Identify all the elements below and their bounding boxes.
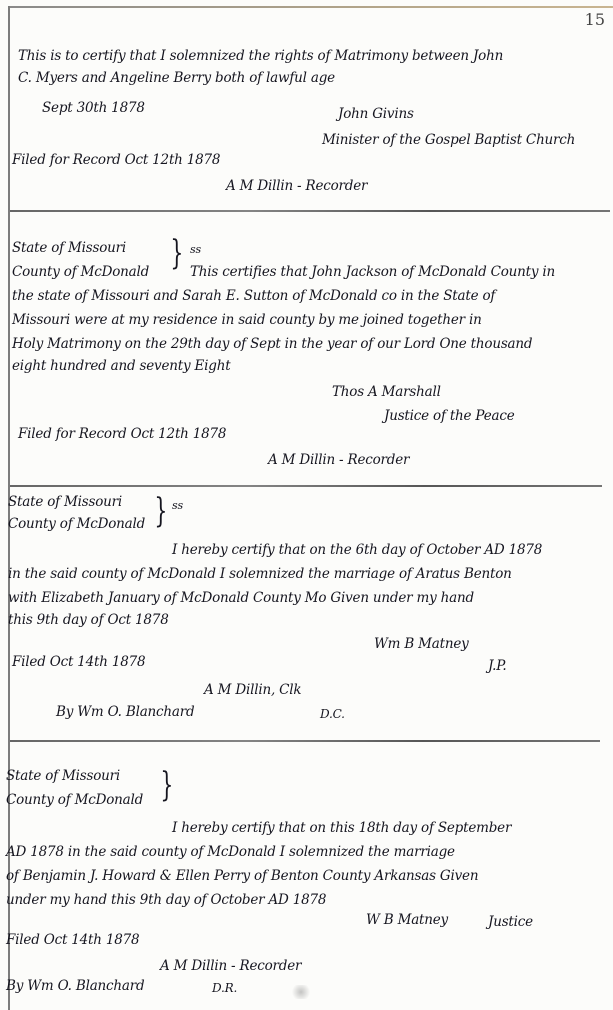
record-3-recorder: A M Dillin, Clk xyxy=(204,680,301,700)
record-2-line-1: This certifies that John Jackson of McDo… xyxy=(190,262,555,282)
section-divider-1 xyxy=(10,210,610,212)
venue-brace-icon: } xyxy=(170,236,183,270)
page-number: 15 xyxy=(585,10,605,29)
record-4-venue-state: State of Missouri xyxy=(6,766,120,786)
record-2-officiant: Thos A Marshall xyxy=(332,382,441,402)
record-2-line-3: Missouri were at my residence in said co… xyxy=(12,310,482,330)
record-4-line-4: under my hand this 9th day of October AD… xyxy=(6,890,326,910)
record-2-venue-county: County of McDonald xyxy=(12,262,149,282)
ledger-page: 15 This is to certify that I solemnized … xyxy=(0,0,613,1010)
record-2-line-5: eight hundred and seventy Eight xyxy=(12,356,230,376)
ink-smudge xyxy=(290,985,312,999)
record-3-deputy: By Wm O. Blanchard xyxy=(56,702,194,722)
record-1-officiant: John Givins xyxy=(338,104,414,124)
record-4-line-1: I hereby certify that on this 18th day o… xyxy=(172,818,511,838)
record-4-deputy: By Wm O. Blanchard xyxy=(6,976,144,996)
section-divider-2 xyxy=(10,485,602,487)
record-3-line-3: with Elizabeth January of McDonald Count… xyxy=(8,588,474,608)
record-1-date: Sept 30th 1878 xyxy=(42,98,145,118)
record-3-filed: Filed Oct 14th 1878 xyxy=(12,652,145,672)
record-3-officiant: Wm B Matney xyxy=(374,634,469,654)
section-divider-3 xyxy=(10,740,600,742)
record-2-recorder: A M Dillin - Recorder xyxy=(268,450,409,470)
record-2-venue-ss: ss xyxy=(190,240,201,260)
record-3-venue-county: County of McDonald xyxy=(8,514,145,534)
record-4-line-2: AD 1878 in the said county of McDonald I… xyxy=(6,842,455,862)
record-1-line-2: C. Myers and Angeline Berry both of lawf… xyxy=(18,68,335,88)
record-1-filed: Filed for Record Oct 12th 1878 xyxy=(12,150,220,170)
venue-brace-icon: } xyxy=(154,494,167,528)
record-4-recorder: A M Dillin - Recorder xyxy=(160,956,301,976)
record-2-filed: Filed for Record Oct 12th 1878 xyxy=(18,424,226,444)
record-2-officiant-title: Justice of the Peace xyxy=(384,406,515,426)
record-4-officiant: W B Matney xyxy=(366,910,448,930)
record-3-line-4: this 9th day of Oct 1878 xyxy=(8,610,169,630)
record-1-recorder: A M Dillin - Recorder xyxy=(226,176,367,196)
venue-brace-icon: } xyxy=(160,768,173,802)
record-3-venue-state: State of Missouri xyxy=(8,492,122,512)
record-3-line-2: in the said county of McDonald I solemni… xyxy=(8,564,512,584)
record-2-line-4: Holy Matrimony on the 29th day of Sept i… xyxy=(12,334,532,354)
record-3-deputy-title: D.C. xyxy=(320,704,345,724)
record-4-venue-county: County of McDonald xyxy=(6,790,143,810)
record-2-line-2: the state of Missouri and Sarah E. Sutto… xyxy=(12,286,495,306)
record-4-deputy-title: D.R. xyxy=(212,978,237,998)
record-3-line-1: I hereby certify that on the 6th day of … xyxy=(172,540,542,560)
record-3-venue-ss: ss xyxy=(172,496,183,516)
record-1-officiant-title: Minister of the Gospel Baptist Church xyxy=(322,130,575,150)
record-2-venue-state: State of Missouri xyxy=(12,238,126,258)
record-4-line-3: of Benjamin J. Howard & Ellen Perry of B… xyxy=(6,866,478,886)
record-4-filed: Filed Oct 14th 1878 xyxy=(6,930,139,950)
page-top-edge xyxy=(8,6,613,8)
record-1-line-1: This is to certify that I solemnized the… xyxy=(18,46,503,66)
record-4-officiant-title: Justice xyxy=(488,912,533,932)
record-3-officiant-title: J.P. xyxy=(488,656,507,676)
